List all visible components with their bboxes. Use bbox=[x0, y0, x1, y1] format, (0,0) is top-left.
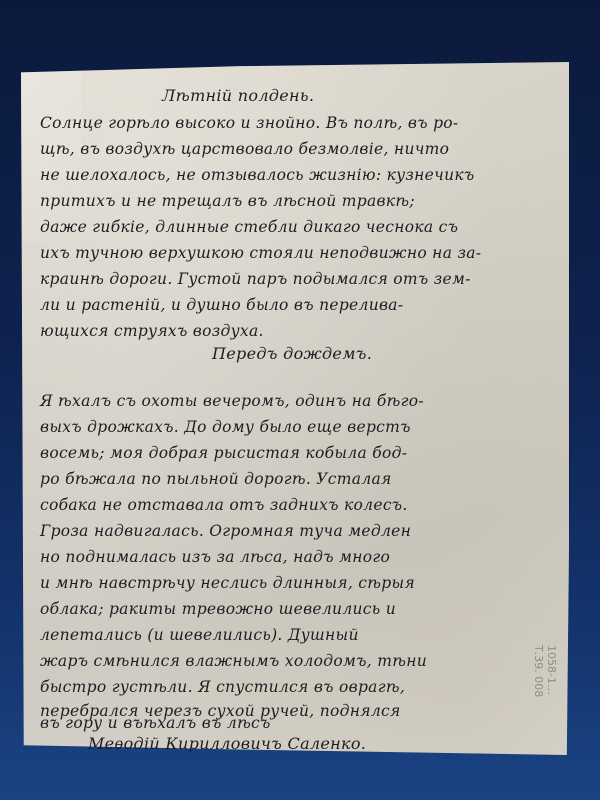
text-line: краинѣ дороги. Густой паръ подымался отъ… bbox=[40, 270, 471, 288]
text-line: лепетались (и шевелились). Душный bbox=[40, 626, 359, 644]
text-line: щѣ, въ воздухѣ царствовало безмолвіе, ни… bbox=[40, 140, 449, 158]
text-line: но поднималась изъ за лѣса, надъ много bbox=[40, 548, 390, 566]
text-line: въ гору и въѣхалъ въ лѣсъ bbox=[40, 714, 271, 732]
section-title-before-rain: Передъ дождемъ. bbox=[212, 344, 372, 363]
text-line: и мнѣ навстрѣчу неслись длинныя, сѣрыя bbox=[40, 574, 415, 592]
section-title-summer-noon: Лѣтній полдень. bbox=[162, 86, 314, 105]
text-line: облака; ракиты тревожно шевелились и bbox=[40, 600, 396, 618]
author-signature: Меѳодій Кирилловичъ Саленко. bbox=[88, 734, 366, 753]
text-line: выхъ дрожкахъ. До дому было еще верстъ bbox=[40, 418, 411, 436]
text-line: Гроза надвигалась. Огромная туча медлен bbox=[40, 522, 411, 540]
text-line: собака не отставала отъ заднихъ колесъ. bbox=[40, 496, 408, 514]
pencil-archive-annotation: 1058-1… Т.39. 008 bbox=[532, 645, 558, 697]
text-line: Я ѣхалъ съ охоты вечеромъ, одинъ на бѣго… bbox=[40, 392, 424, 410]
text-line: не шелохалось, не отзывалось жизнію: куз… bbox=[40, 166, 475, 184]
annotation-line: 1058-1… bbox=[545, 645, 558, 697]
text-line: восемь; моя добрая рысистая кобыла бод- bbox=[40, 444, 407, 462]
text-line: быстро густѣли. Я спустился въ оврагѣ, bbox=[40, 678, 405, 696]
text-line: притихъ и не трещалъ въ лѣсной травкѣ; bbox=[40, 192, 415, 210]
text-line: Солнце горѣло высоко и знойно. Въ полѣ, … bbox=[40, 114, 458, 132]
text-line: ро бѣжала по пыльной дорогѣ. Усталая bbox=[40, 470, 392, 488]
text-line: ли и растеній, и душно было въ перелива- bbox=[40, 296, 403, 314]
text-line: ихъ тучною верхушкою стояли неподвижно н… bbox=[40, 244, 481, 262]
text-line: жаръ смѣнился влажнымъ холодомъ, тѣни bbox=[40, 652, 427, 670]
annotation-line: Т.39. 008 bbox=[532, 645, 545, 697]
text-line: даже гибкіе, длинные стебли дикаго чесно… bbox=[40, 218, 458, 236]
text-line: ющихся струяхъ воздуха. bbox=[40, 322, 264, 340]
